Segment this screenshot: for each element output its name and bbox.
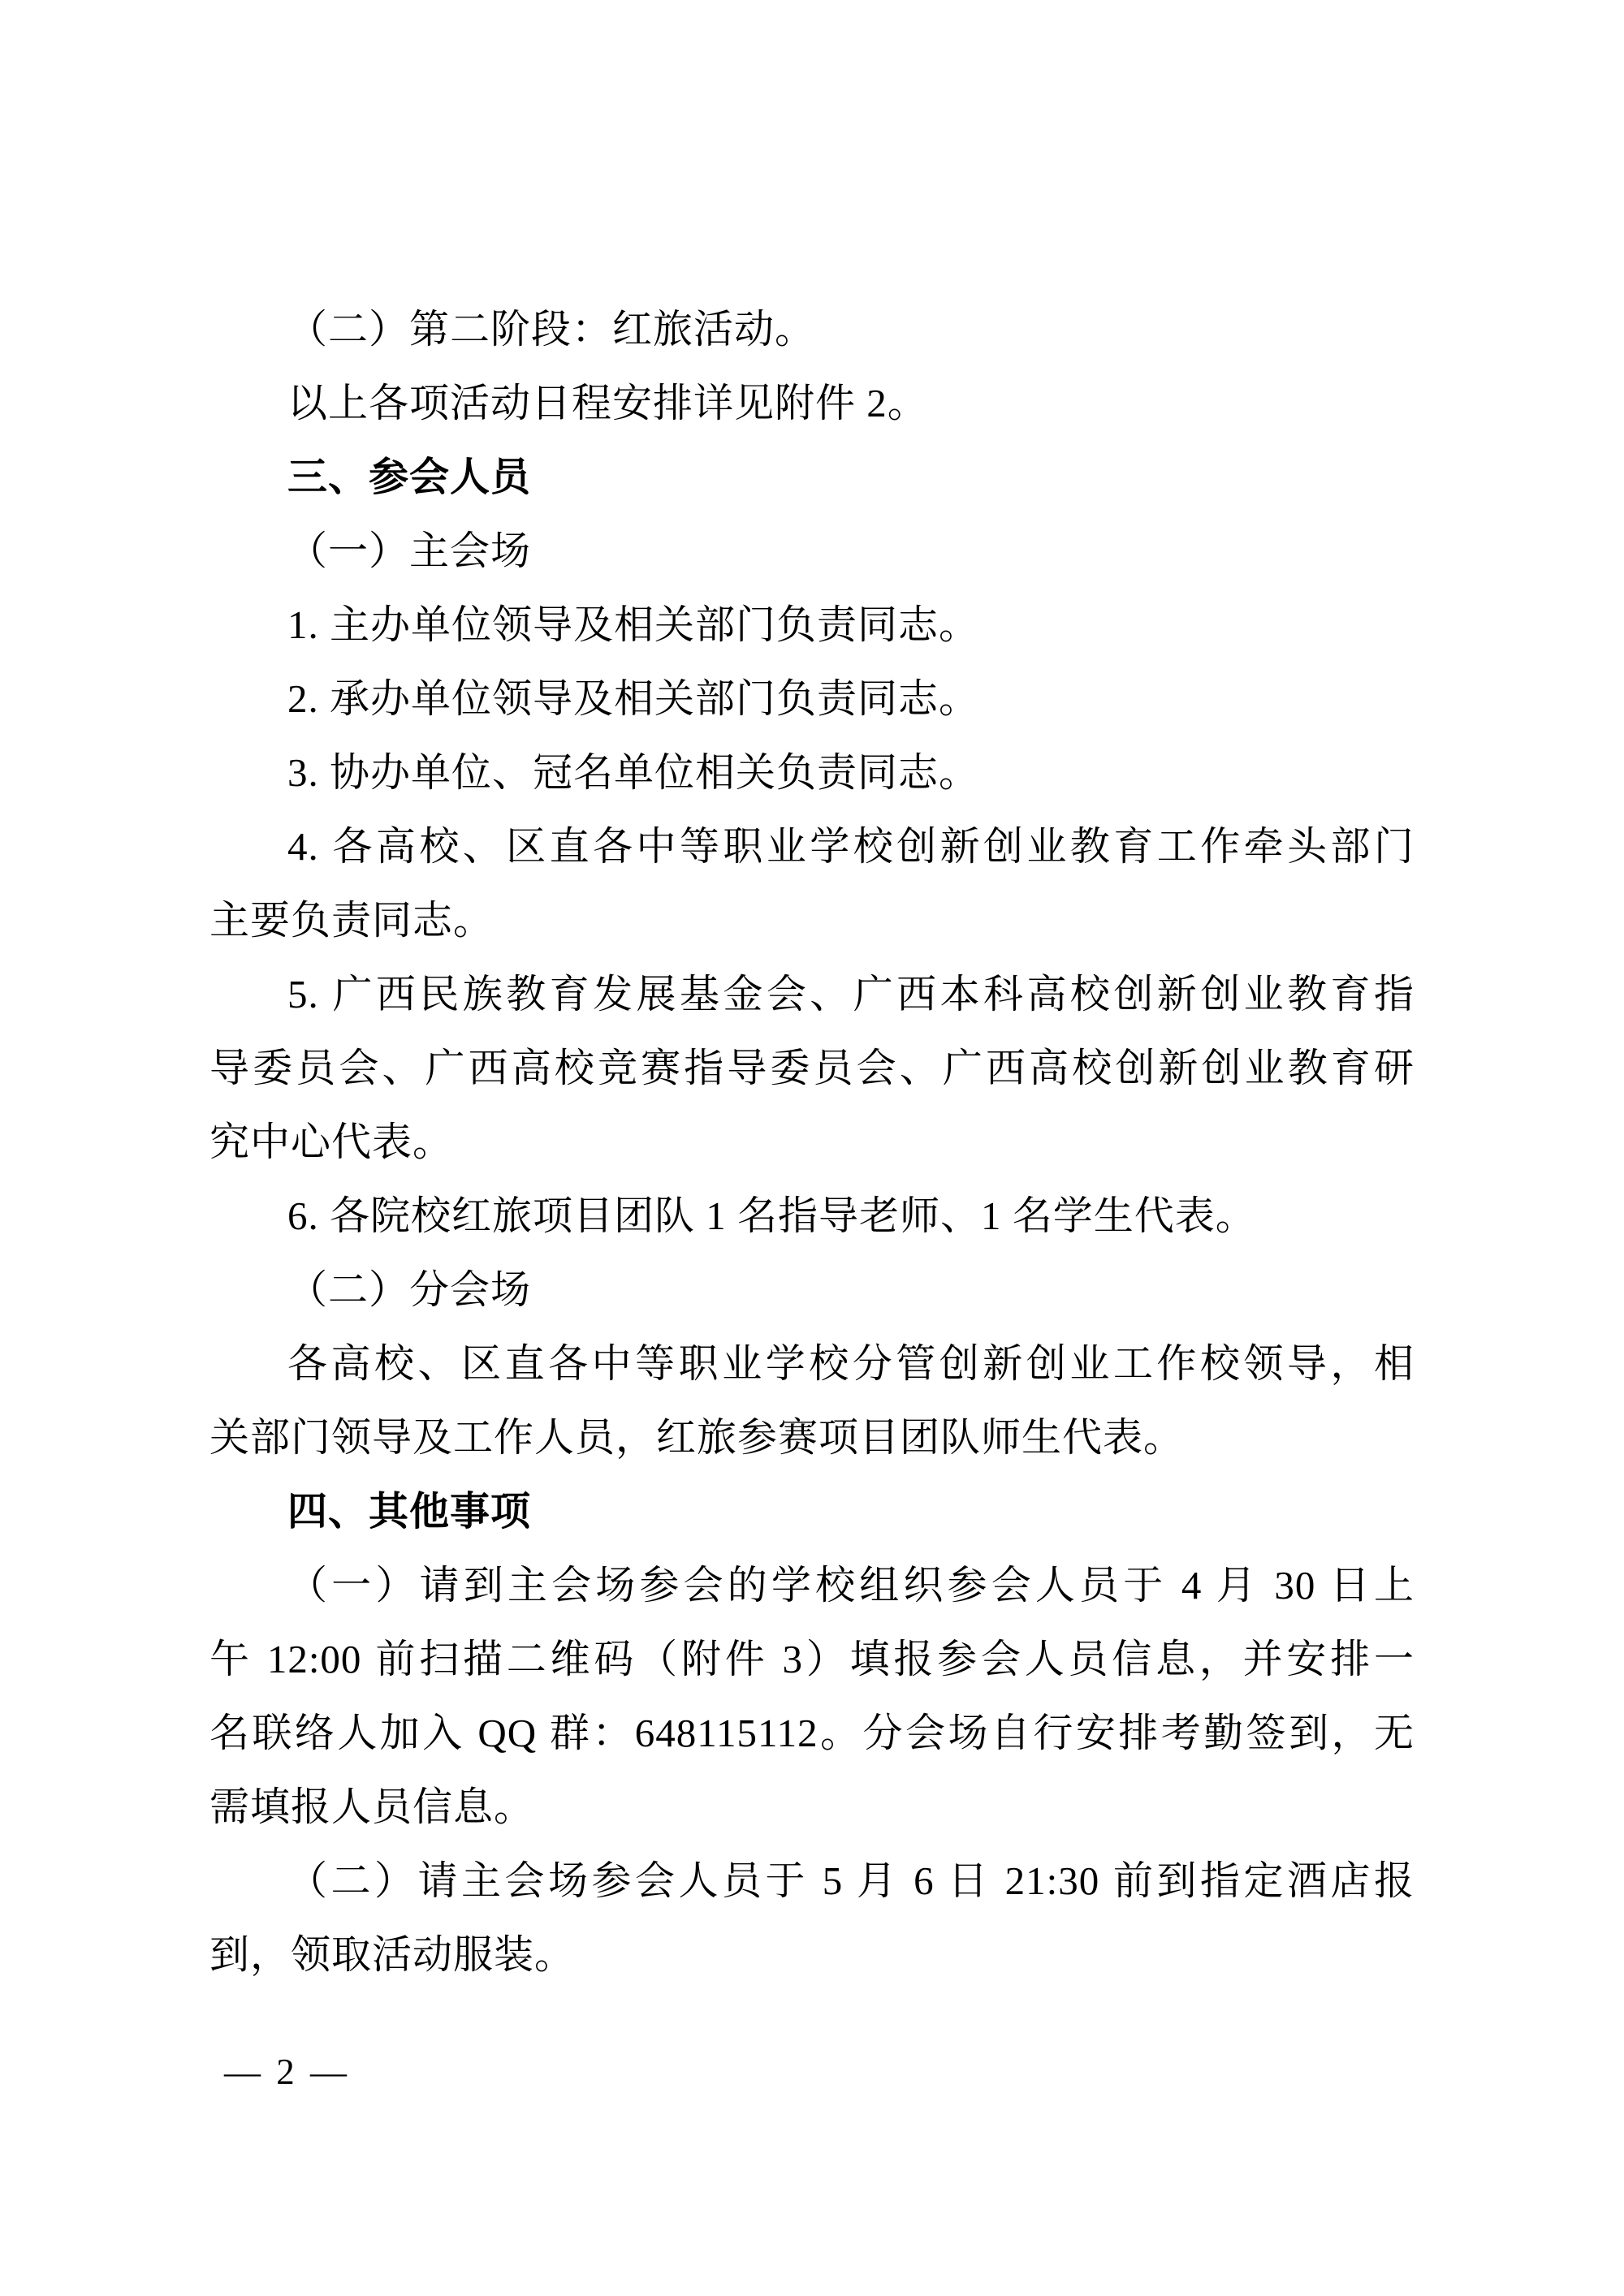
text-line: 究中心代表。 — [209, 1105, 1415, 1179]
page-number: — 2 — — [224, 2049, 350, 2095]
text-line: 3. 协办单位、冠名单位相关负责同志。 — [209, 736, 1415, 809]
document-body: （二）第二阶段：红旅活动。以上各项活动日程安排详见附件 2。三、参会人员（一）主… — [209, 292, 1415, 1992]
text-line: （二）分会场 — [209, 1253, 1415, 1327]
text-line: 6. 各院校红旅项目团队 1 名指导老师、1 名学生代表。 — [209, 1179, 1415, 1253]
text-line: （二）第二阶段：红旅活动。 — [209, 292, 1415, 366]
text-line: 2. 承办单位领导及相关部门负责同志。 — [209, 662, 1415, 736]
text-line: （一）请到主会场参会的学校组织参会人员于 4 月 30 日上 — [209, 1548, 1415, 1622]
section-heading: 三、参会人员 — [209, 440, 1415, 514]
document-page: （二）第二阶段：红旅活动。以上各项活动日程安排详见附件 2。三、参会人员（一）主… — [0, 0, 1624, 2296]
text-line: 各高校、区直各中等职业学校分管创新创业工作校领导，相 — [209, 1327, 1415, 1400]
section-heading: 四、其他事项 — [209, 1474, 1415, 1548]
text-line: 4. 各高校、区直各中等职业学校创新创业教育工作牵头部门 — [209, 809, 1415, 883]
text-line: 午 12:00 前扫描二维码（附件 3）填报参会人员信息，并安排一 — [209, 1622, 1415, 1696]
text-line: 名联络人加入 QQ 群：648115112。分会场自行安排考勤签到，无 — [209, 1696, 1415, 1770]
text-line: 1. 主办单位领导及相关部门负责同志。 — [209, 588, 1415, 662]
text-line: （二）请主会场参会人员于 5 月 6 日 21:30 前到指定酒店报 — [209, 1844, 1415, 1918]
text-line: 需填报人员信息。 — [209, 1770, 1415, 1844]
text-line: 导委员会、广西高校竞赛指导委员会、广西高校创新创业教育研 — [209, 1031, 1415, 1105]
text-line: 以上各项活动日程安排详见附件 2。 — [209, 366, 1415, 440]
text-line: 到，领取活动服装。 — [209, 1918, 1415, 1992]
text-line: （一）主会场 — [209, 514, 1415, 588]
text-line: 主要负责同志。 — [209, 883, 1415, 957]
text-line: 关部门领导及工作人员，红旅参赛项目团队师生代表。 — [209, 1400, 1415, 1474]
text-line: 5. 广西民族教育发展基金会、广西本科高校创新创业教育指 — [209, 957, 1415, 1031]
